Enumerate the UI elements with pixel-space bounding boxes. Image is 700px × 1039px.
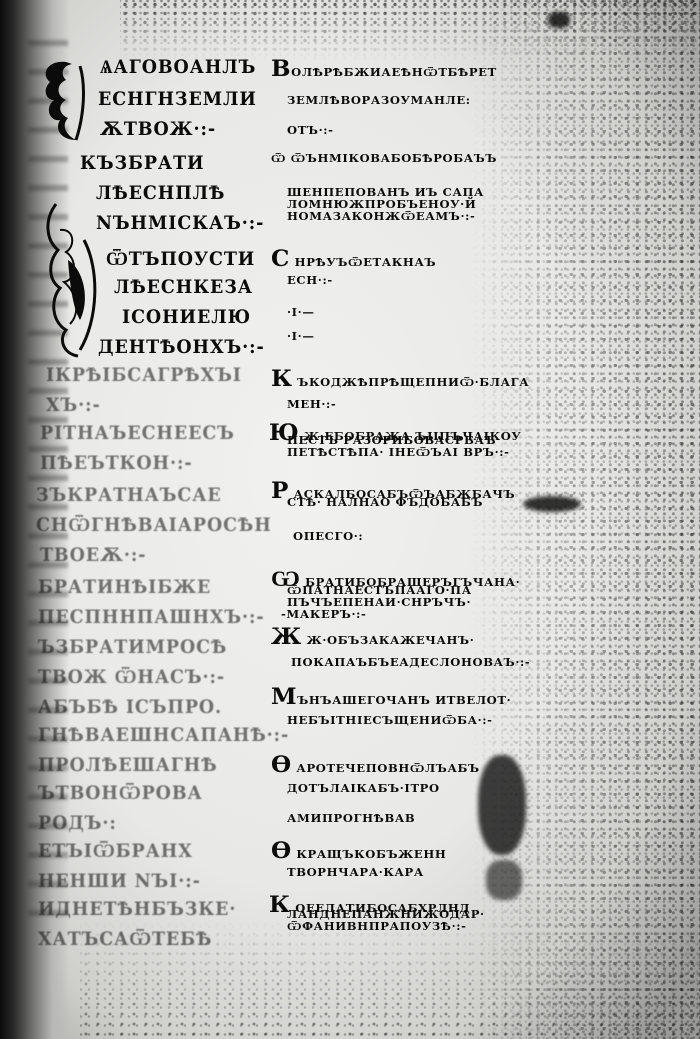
text-line: ЗЪКРАТНАЪСАЕ [36,484,222,506]
text-line: ВОЛѢРѢБЖИАЕѢНѾТБѢРЕТ [271,56,497,82]
manuscript-page: ѦАГОВОАНЛЪ ЕСНГНЗЕМЛИ ѪТВОЖ·:- КЪЗБРАТИ … [0,0,700,1039]
ink-smudge [478,755,526,855]
text-line: NЪНМІСКАЪ·:- [96,212,264,234]
text-line: ЪЗБРАТИМРОСѢ [38,636,227,658]
text-line: ЪТВОНѾРОВА [38,782,203,805]
text-line: ІКРѢІБСАГРѢХЪІ [46,364,242,386]
text-line: ·І·— [287,306,315,319]
text-line: ѾФАНИВНПРАПОУЗѢ·:- [287,920,467,933]
text-line: ЛѢЕСНПЛѢ [96,182,225,204]
text-line: ПРОЛѢЕШАГНѢ [38,754,218,776]
text-line: ГНѢВАЕШНСАПАНѢ·:- [38,724,289,746]
text-line: С НРѢУЪѾЕТАКНАЪ [271,246,436,272]
text-line: Ж Ж·ОБЪЗАКАЖЕЧАНЪ· [271,624,474,650]
text-line: ХЪ·:- [46,394,101,416]
text-line: ПЕТѢСТѢПА· ІНЕѾЪАІ ВРЪ·:- [287,446,510,459]
text-line: РОДЪ·: [38,812,117,834]
text-line: ОПЕСГО·: [293,530,363,543]
ink-smudge [523,496,581,512]
text-line: ПОКАПАЪБЪЕАДЕСЛОНОВАЪ·:- [291,656,530,669]
text-line: ЛѢЕСНКЕЗА [114,276,253,298]
text-line: ѾТЪПОУСТИ [106,248,255,271]
text-line: АБЪБѢ ІСЪПРО. [38,696,222,718]
text-line: -МАКЕРЪ·:- [281,608,366,621]
text-line: ІСОНИЕЛЮ [122,306,251,328]
text-line: ТВОЖ ѾНАСЪ·:- [38,666,225,689]
text-line: ХАТЪСАѾТЕБѢ [38,928,212,951]
text-line: МЪНЪАШЕГОЧАНЪ ИТВЕЛОТ· [271,684,511,710]
ink-smudge [486,860,522,900]
text-line: Ѳ АРОТЕЧЕПОВНѾЛЪАБЪ [271,752,480,778]
text-line: ОТЪ·:- [287,124,334,137]
text-line: ·І·— [287,330,315,343]
text-line: ТВОРНЧАРА·КАРА [287,866,424,879]
text-line: АМИПРОГНѢВАВ [287,812,415,825]
text-line: ПѢЕЪТКОН·:- [40,452,193,474]
decorative-initial-flourish-middle [40,200,100,360]
text-line: ЕСН·:- [287,274,333,287]
text-line: КЪЗБРАТИ [80,152,204,174]
text-line: ДЕНТѢОНХЪ·:- [98,336,265,358]
text-line: ѦАГОВОАНЛЪ [100,56,256,79]
text-line: НЕБЪІТНІЕСЪЩЕНИѾБА·:- [287,714,493,727]
text-line: ЕТЪІѾБРАНХ [38,840,193,863]
text-line: СНѾГНѢВАІАРОСѢН [36,514,272,537]
text-line: СТѢ· НАЛНАО ФЪДОБАБЪ [287,496,483,509]
text-line: НЕНШИ NЪІ·:- [38,870,201,892]
text-line: ѪТВОЖ·:- [100,118,216,140]
top-edge-stain [120,0,700,60]
text-line: ЗЕМЛѢВОРАЗОУМАНЛЕ: [287,94,471,107]
text-line: НОМАЗАКОНЖѾЕАМЪ·:- [287,210,475,223]
ink-smudge [548,12,570,28]
text-line: БРАТИНѢІБЖЕ [38,576,211,598]
text-line: РІТНАЪЕСНЕЕСЪ [40,422,235,444]
text-line: ДОТЪЛАІКАБЪ·ІТРО [287,782,440,795]
text-line: Ѿ ѾЪНМІКОВАБОБѢРОБАЪЪ [271,152,497,165]
text-line: ИДНЕТѢНБЪЗКЕ· [38,898,236,920]
text-line: Ѳ КРАЩЪКОБЪЖЕНН [271,838,446,864]
text-line: МЕН·:- [287,398,336,411]
text-line: ТВОЕѪ·:- [40,544,146,566]
text-line: ПЕСПННПАШНХЪ·:- [38,606,265,628]
text-line: ЕСНГНЗЕМЛИ [98,88,257,110]
decorative-initial-flourish-top [36,56,86,146]
text-line: К ЪКОДЖѢПРѢЩЕПНИѾ·БЛАГА [271,366,529,392]
